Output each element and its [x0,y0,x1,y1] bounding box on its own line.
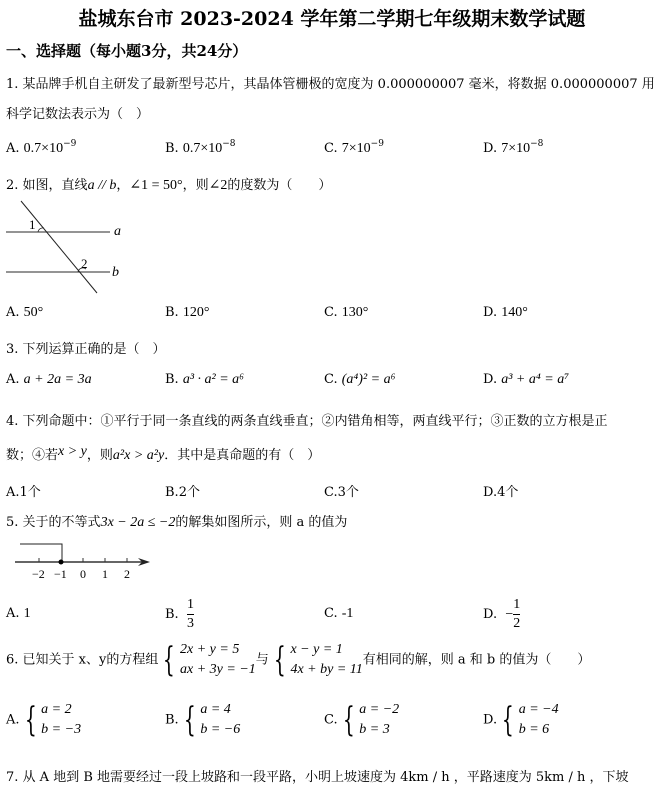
fraction: 13 [187,596,194,633]
question-4-line1: 4. 下列命题中：①平行于同一条直线的两条直线垂直；②内错角相等，两直线平行；③… [6,410,608,429]
q2-option-a[interactable]: A. 50° [6,305,43,321]
equation-system-2: x − y = 14x + by = 11 [290,640,362,680]
line-a-label: a [114,224,121,239]
line-b-label: b [112,265,119,280]
q1-option-c[interactable]: C. 7×10−9 [324,139,384,157]
svg-text:−1: −1 [54,567,67,581]
equation-system-1: 2x + y = 5ax + 3y = −1 [180,640,256,680]
q6-option-b[interactable]: B.{a = 4b = −6 [165,700,240,740]
q6-option-a[interactable]: A.{a = 2b = −3 [6,700,81,740]
question-5-text: 5. 关于的不等式3x − 2a ≤ −2的解集如图所示，则 a 的值为 [6,511,347,531]
svg-text:1: 1 [102,567,108,581]
q5-option-a[interactable]: A. 1 [6,606,31,622]
q4-option-c[interactable]: C.3个 [324,481,359,500]
q6-option-c[interactable]: C.{a = −2b = 3 [324,700,399,740]
question-1-line1: 1. 某品牌手机自主研发了最新型号芯片，其晶体管栅极的宽度为 0.0000000… [6,73,655,92]
q3-option-a[interactable]: A. a + 2a = 3a [6,372,92,388]
parallel-lines-figure: 1 2 a b [0,195,140,300]
q4-option-d[interactable]: D.4个 [483,481,518,500]
angle-2-label: 2 [81,256,88,271]
q3-option-b[interactable]: B. a³ · a² = a⁶ [165,372,244,388]
q2-option-c[interactable]: C. 130° [324,305,368,321]
question-4-line2: 数；④若x > y，则a²x > a²y．其中是真命题的有（ ） [6,444,320,464]
q4-option-b[interactable]: B.2个 [165,481,200,500]
q6-option-d[interactable]: D.{a = −4b = 6 [483,700,559,740]
question-3-text: 3. 下列运算正确的是（ ） [6,338,166,357]
fraction: 12 [513,596,520,633]
svg-text:0: 0 [80,567,86,581]
q3-option-c[interactable]: C. (a⁴)² = a⁶ [324,372,395,388]
question-2-text: 2. 如图，直线a // b，∠1 = 50°，则∠2的度数为（ ） [6,174,331,194]
section-heading: 一、选择题（每小题3分，共24分） [6,40,247,61]
q5-option-c[interactable]: C. -1 [324,606,353,622]
q2-option-d[interactable]: D. 140° [483,305,528,321]
question-1-line2: 科学记数法表示为（ ） [6,103,149,122]
svg-text:2: 2 [124,567,130,581]
angle-1-label: 1 [29,217,36,232]
question-6-text: 6. 已知关于 x、y的方程组{2x + y = 5ax + 3y = −1与{… [6,640,590,680]
q1-option-b[interactable]: B. 0.7×10−8 [165,139,236,157]
question-7-text: 7. 从 A 地到 B 地需要经过一段上坡路和一段平路，小明上坡速度为 4km … [6,766,629,785]
q3-option-d[interactable]: D. a³ + a⁴ = a⁷ [483,372,569,388]
q5-option-d[interactable]: D. −12 [483,596,520,633]
q2-option-b[interactable]: B. 120° [165,305,209,321]
number-line-figure: −2 −1 0 1 2 [0,540,170,585]
q5-option-b[interactable]: B. 13 [165,596,194,633]
q1-option-a[interactable]: A. 0.7×10−9 [6,139,76,157]
svg-text:−2: −2 [32,567,45,581]
page-title: 盐城东台市 2023-2024 学年第二学期七年级期末数学试题 [0,4,664,31]
q1-option-d[interactable]: D. 7×10−8 [483,139,543,157]
q4-option-a[interactable]: A.1个 [6,481,41,500]
